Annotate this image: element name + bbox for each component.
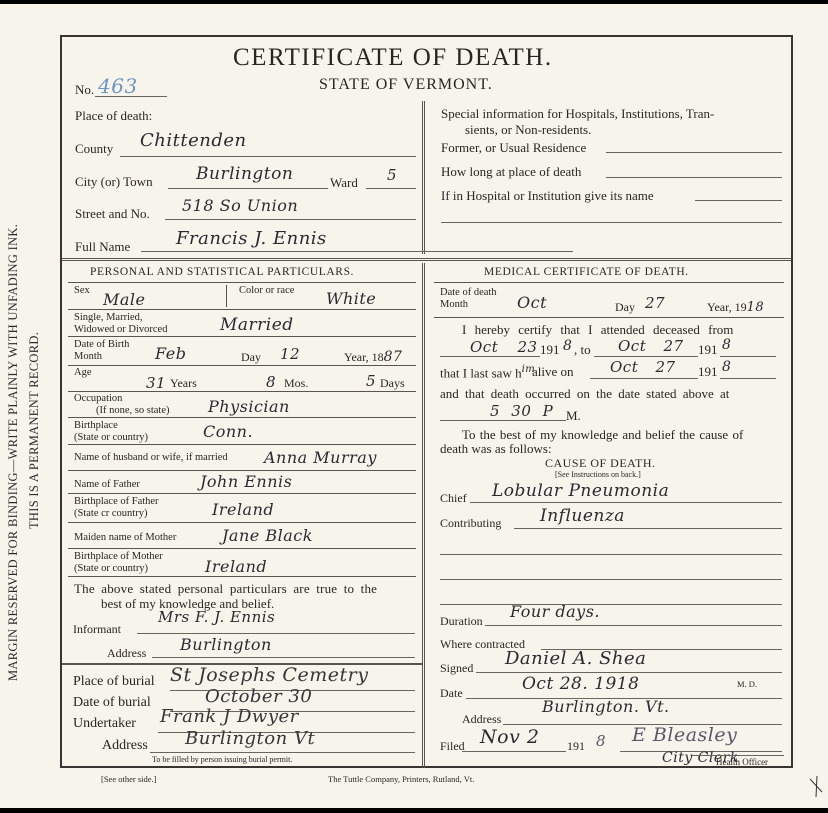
undertaker-address-field[interactable]: Burlington Vt: [185, 728, 315, 749]
occupation-label: Occupation: [74, 393, 122, 404]
binding-margin-note: MARGIN RESERVED FOR BINDING—WRITE PLAINL…: [6, 224, 21, 681]
ward-field[interactable]: 5: [387, 166, 397, 184]
death-day-label: Day: [615, 300, 635, 315]
age-years-field[interactable]: 31: [146, 374, 166, 392]
to-label: , to: [574, 342, 591, 358]
registrar-signature-field[interactable]: E Bleasley: [632, 724, 737, 746]
sex-label: Sex: [74, 285, 90, 296]
death-month-label: Month: [440, 299, 468, 310]
permanent-record-note: THIS IS A PERMANENT RECORD.: [27, 332, 42, 529]
state-subtitle: STATE OF VERMONT.: [319, 76, 493, 94]
special-info-text-2: sients, or Non-residents.: [465, 122, 591, 138]
death-occurred-text: and that death occurred on the date stat…: [440, 386, 729, 402]
last-saw-text: that I last saw h: [440, 365, 522, 380]
certificate-number-value[interactable]: 463: [98, 74, 138, 98]
mother-name-label: Maiden name of Mother: [74, 532, 176, 543]
cause-instructions-note: [See Instructions on back.]: [555, 470, 641, 479]
mother-birthplace-field[interactable]: Ireland: [205, 557, 267, 576]
attended-to-date-field[interactable]: Oct 27: [618, 337, 684, 355]
occupation-label-2: (If none, so state): [96, 405, 169, 416]
father-birthplace-field[interactable]: Ireland: [212, 500, 274, 519]
city-label: City (or) Town: [75, 174, 153, 190]
age-days-field[interactable]: 5: [366, 372, 376, 390]
duration-field[interactable]: Four days.: [510, 602, 600, 621]
spouse-label: Name of husband or wife, if married: [74, 452, 228, 463]
time-suffix: M.: [566, 408, 581, 424]
race-label: Color or race: [239, 285, 294, 296]
duration-label: Duration: [440, 614, 483, 629]
attended-from-date-field[interactable]: Oct 23: [470, 338, 538, 356]
age-months-field[interactable]: 8: [266, 373, 276, 391]
marital-status-label: Single, Married,: [74, 312, 143, 323]
printer-credit: The Tuttle Company, Printers, Rutland, V…: [328, 774, 474, 784]
informant-address-field[interactable]: Burlington: [180, 635, 272, 654]
ward-label: Ward: [330, 175, 358, 191]
dob-month-field[interactable]: Feb: [155, 344, 186, 363]
contributing-cause-field[interactable]: Influenza: [540, 506, 625, 526]
informant-address-label: Address: [107, 646, 146, 661]
informant-field[interactable]: Mrs F. J. Ennis: [158, 608, 275, 626]
cause-of-death-heading: CAUSE OF DEATH.: [545, 456, 656, 471]
health-officer-label: Health Officer: [716, 757, 768, 767]
last-saw-year-field[interactable]: 8: [722, 359, 731, 375]
death-date-label: Date of death: [440, 287, 497, 298]
pencil-mark-icon: [808, 774, 824, 798]
burial-permit-note: To be filled by person issuing burial pe…: [152, 755, 292, 764]
death-year-prefix: Year, 19: [707, 300, 747, 314]
death-year-field[interactable]: 18: [747, 300, 765, 315]
physician-address-field[interactable]: Burlington. Vt.: [542, 697, 670, 716]
medical-certificate-heading: MEDICAL CERTIFICATE OF DEATH.: [484, 266, 689, 278]
race-field[interactable]: White: [326, 289, 376, 308]
dob-day-label: Day: [241, 350, 261, 365]
see-other-side-note: [See other side.]: [101, 774, 156, 784]
hospital-name-label: If in Hospital or Institution give its n…: [441, 188, 654, 204]
attended-to-year-field[interactable]: 8: [722, 337, 731, 353]
alive-on-label: alive on: [532, 364, 574, 380]
burial-place-label: Place of burial: [73, 674, 155, 690]
occupation-field[interactable]: Physician: [208, 397, 290, 416]
chief-cause-label: Chief: [440, 491, 467, 506]
undertaker-field[interactable]: Frank J Dwyer: [160, 706, 299, 727]
undertaker-address-label: Address: [102, 738, 148, 754]
marital-status-field[interactable]: Married: [220, 315, 294, 335]
signature-date-label: Date: [440, 686, 463, 701]
mother-birthplace-label-2: (State or country): [74, 563, 148, 574]
spouse-field[interactable]: Anna Murray: [264, 448, 377, 467]
dob-day-field[interactable]: 12: [280, 345, 300, 363]
mother-name-field[interactable]: Jane Black: [222, 526, 313, 545]
md-label: M. D.: [737, 679, 757, 689]
mother-birthplace-label: Birthplace of Mother: [74, 551, 163, 562]
marital-status-label-2: Widowed or Divorced: [74, 324, 167, 335]
contributing-cause-label: Contributing: [440, 516, 501, 531]
certify-text: I hereby certify that I attended decease…: [462, 322, 733, 338]
certificate-page: MARGIN RESERVED FOR BINDING—WRITE PLAINL…: [0, 4, 828, 808]
certificate-title: CERTIFICATE OF DEATH.: [233, 44, 553, 72]
attended-from-year-prefix: 191: [540, 342, 560, 358]
father-name-label: Name of Father: [74, 479, 140, 490]
birthplace-field[interactable]: Conn.: [203, 422, 253, 441]
attended-to-year-prefix: 191: [698, 342, 718, 358]
cause-intro-text-2: death was as follows:: [440, 441, 552, 457]
special-info-text: Special information for Hospitals, Insti…: [441, 106, 714, 122]
street-label: Street and No.: [75, 206, 150, 222]
place-of-death-heading: Place of death:: [75, 108, 152, 124]
personal-particulars-heading: PERSONAL AND STATISTICAL PARTICULARS.: [90, 266, 354, 278]
burial-place-field[interactable]: St Josephs Cemetry: [170, 664, 368, 686]
county-label: County: [75, 141, 113, 157]
dob-year-field[interactable]: 87: [384, 349, 403, 365]
dob-label: Date of Birth: [74, 339, 129, 350]
filed-label: Filed: [440, 739, 465, 754]
signature-date-field[interactable]: Oct 28. 1918: [522, 674, 639, 694]
chief-cause-field[interactable]: Lobular Pneumonia: [492, 481, 669, 501]
former-residence-label: Former, or Usual Residence: [441, 140, 586, 156]
father-birthplace-label-2: (State cr country): [74, 508, 147, 519]
informant-label: Informant: [73, 622, 121, 637]
father-birthplace-label: Birthplace of Father: [74, 496, 159, 507]
filed-year-prefix: 191: [567, 739, 585, 754]
death-day-field[interactable]: 27: [645, 294, 665, 312]
father-name-field[interactable]: John Ennis: [200, 472, 292, 491]
age-months-label: Mos.: [284, 376, 308, 391]
undertaker-label: Undertaker: [73, 716, 136, 732]
certificate-number-label: No.: [75, 82, 94, 98]
birthplace-label-2: (State or country): [74, 432, 148, 443]
birthplace-label: Birthplace: [74, 420, 118, 431]
last-saw-date-field[interactable]: Oct 27: [610, 358, 676, 376]
full-name-label: Full Name: [75, 239, 130, 255]
age-years-label: Years: [170, 376, 197, 391]
death-year-label: Year, 1918: [707, 300, 764, 315]
last-saw-year-prefix: 191: [698, 364, 718, 380]
city-field[interactable]: Burlington: [196, 164, 293, 184]
death-time-field[interactable]: 5 30 P: [490, 402, 553, 420]
physician-signature-field[interactable]: Daniel A. Shea: [505, 648, 646, 669]
full-name-field[interactable]: Francis J. Ennis: [176, 228, 327, 249]
dob-year-prefix: Year, 18: [344, 350, 384, 364]
burial-date-field[interactable]: October 30: [205, 686, 312, 707]
dob-year-label: Year, 1887: [344, 349, 402, 365]
filed-year-field[interactable]: 8: [596, 732, 606, 750]
death-month-field[interactable]: Oct: [517, 293, 547, 312]
physician-address-label: Address: [462, 712, 501, 727]
county-field[interactable]: Chittenden: [140, 130, 247, 151]
burial-date-label: Date of burial: [73, 695, 151, 711]
sex-field[interactable]: Male: [103, 290, 146, 309]
age-label: Age: [74, 367, 92, 378]
street-field[interactable]: 518 So Union: [182, 196, 298, 215]
attended-from-year-field[interactable]: 8: [563, 338, 572, 354]
dob-month-label: Month: [74, 351, 102, 362]
signed-label: Signed: [440, 661, 473, 676]
age-days-label: Days: [380, 376, 405, 391]
how-long-label: How long at place of death: [441, 164, 581, 180]
attestation-text: The above stated personal particulars ar…: [74, 581, 377, 597]
last-saw-label: that I last saw him: [440, 364, 535, 381]
filed-date-field[interactable]: Nov 2: [480, 726, 539, 748]
